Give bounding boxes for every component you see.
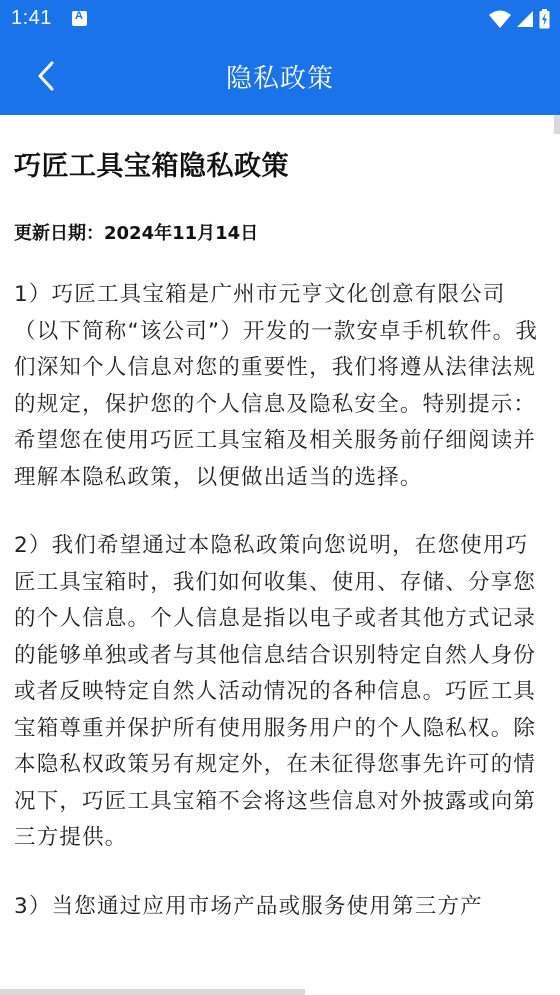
- policy-paragraph-2: 2）我们希望通过本隐私政策向您说明，在您使用巧匠工具宝箱时，我们如何收集、使用、…: [14, 528, 546, 857]
- status-bar: 1:41 A: [0, 0, 560, 38]
- a-badge-icon: A: [72, 11, 87, 26]
- app-bar: 隐私政策: [0, 38, 560, 115]
- status-time: 1:41: [11, 7, 52, 30]
- notification-glyph: A: [75, 10, 83, 22]
- status-icons: [489, 8, 550, 30]
- document-title: 巧匠工具宝箱隐私政策: [14, 149, 546, 185]
- policy-content[interactable]: 巧匠工具宝箱隐私政策 更新日期：2024年11月14日 1）巧匠工具宝箱是广州市…: [0, 115, 560, 995]
- signal-icon: [517, 11, 533, 27]
- policy-paragraph-3: 3）当您通过应用市场产品或服务使用第三方产: [14, 889, 546, 926]
- updated-date: 更新日期：2024年11月14日: [14, 221, 546, 247]
- wifi-icon: [489, 10, 511, 28]
- battery-charging-icon: [539, 9, 550, 29]
- page-title: 隐私政策: [0, 58, 560, 95]
- policy-paragraph-1: 1）巧匠工具宝箱是广州市元亨文化创意有限公司（以下简称“该公司”）开发的一款安卓…: [14, 277, 546, 496]
- horizontal-scrollbar[interactable]: [0, 989, 305, 995]
- vertical-scrollbar[interactable]: [554, 115, 560, 134]
